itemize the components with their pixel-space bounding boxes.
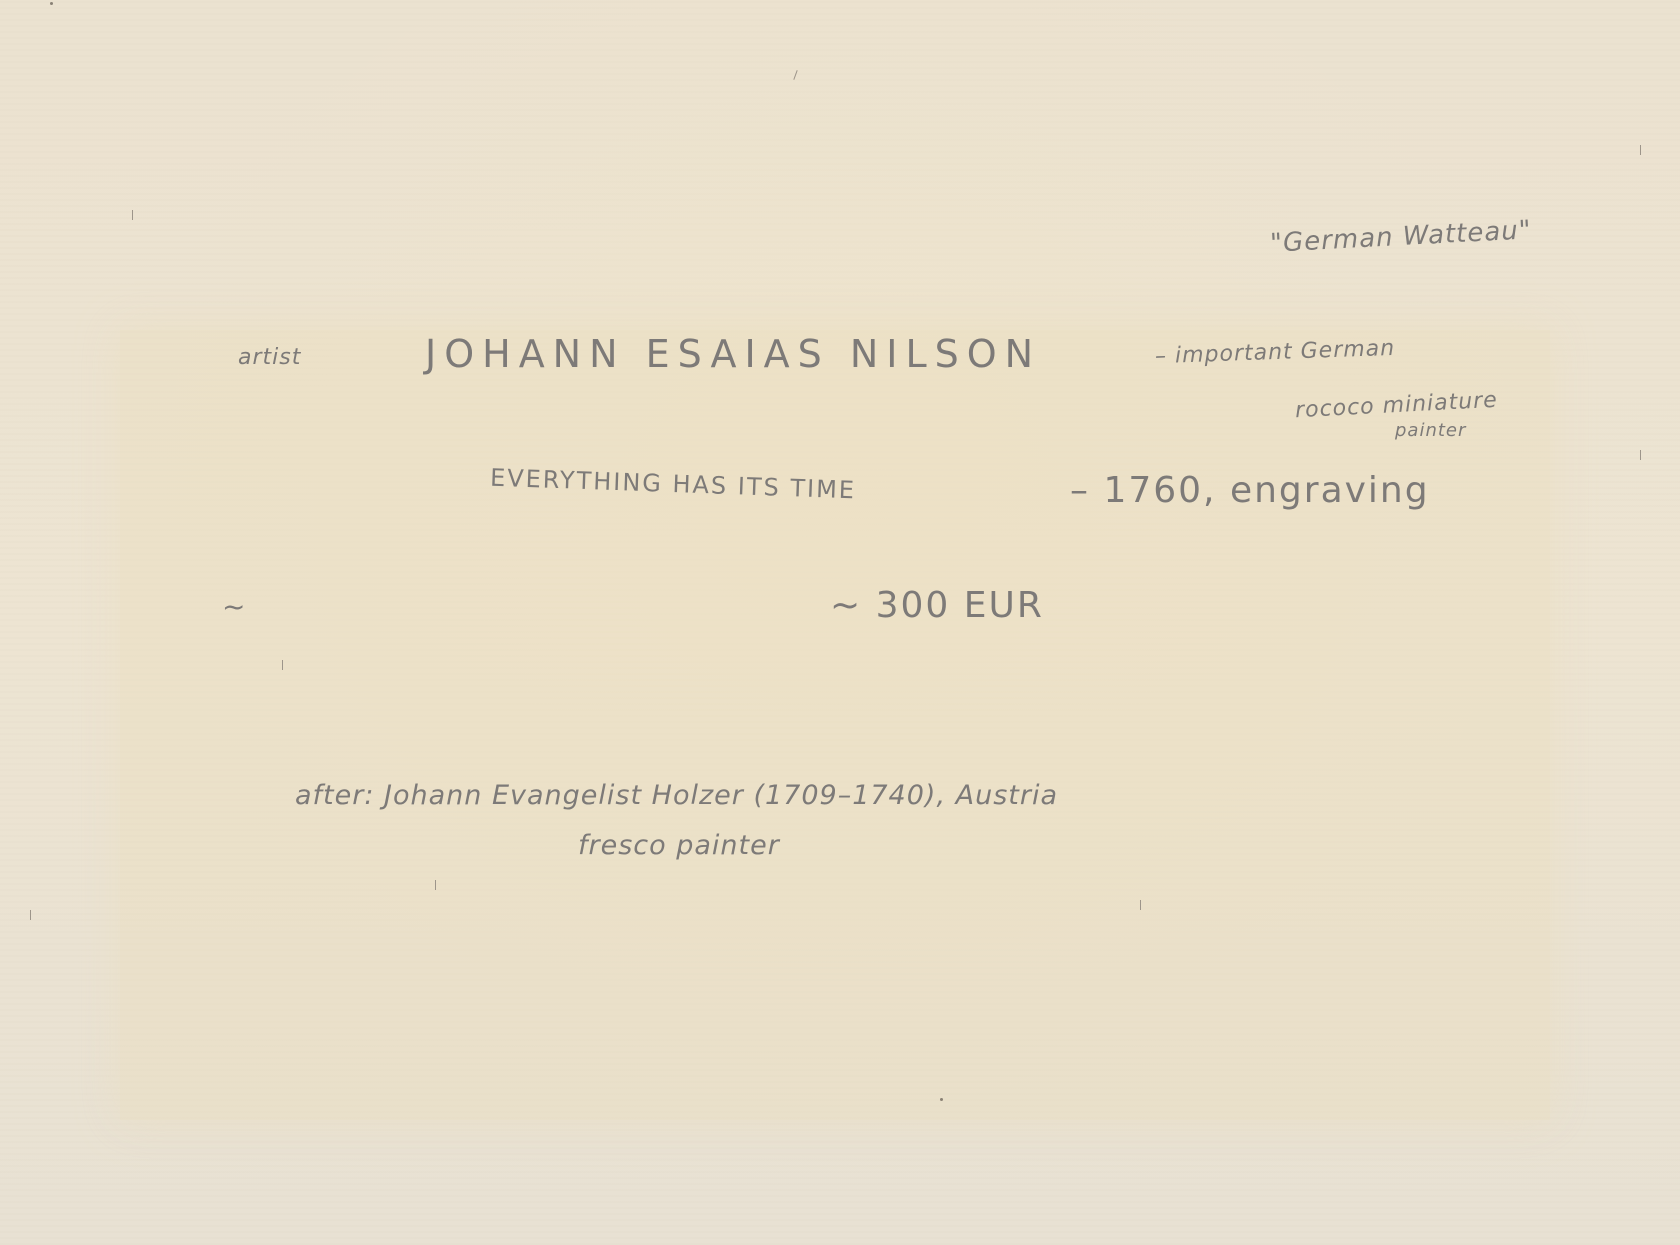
paper-fiber — [1640, 145, 1641, 155]
after-attribution-line2: fresco painter — [578, 830, 780, 861]
plate-mark — [120, 330, 1550, 1120]
paper-fiber — [132, 210, 133, 220]
paper-speck — [50, 2, 53, 5]
paper-speck — [940, 1098, 943, 1101]
date-and-medium: – 1760, engraving — [1070, 470, 1430, 511]
artist-description-line3: painter — [1395, 420, 1466, 441]
paper-fiber — [1140, 900, 1141, 910]
artist-label: artist — [238, 345, 301, 370]
paper-fiber — [282, 660, 283, 670]
artist-name: JOHANN ESAIAS NILSON — [425, 332, 1041, 376]
paper-fiber — [30, 910, 31, 920]
price-estimate: ~ 300 EUR — [830, 585, 1044, 626]
paper-fiber — [1640, 450, 1641, 460]
after-attribution-line1: after: Johann Evangelist Holzer (1709–17… — [295, 780, 1058, 811]
margin-mark: ~ — [222, 590, 247, 623]
paper-fiber — [435, 880, 436, 890]
